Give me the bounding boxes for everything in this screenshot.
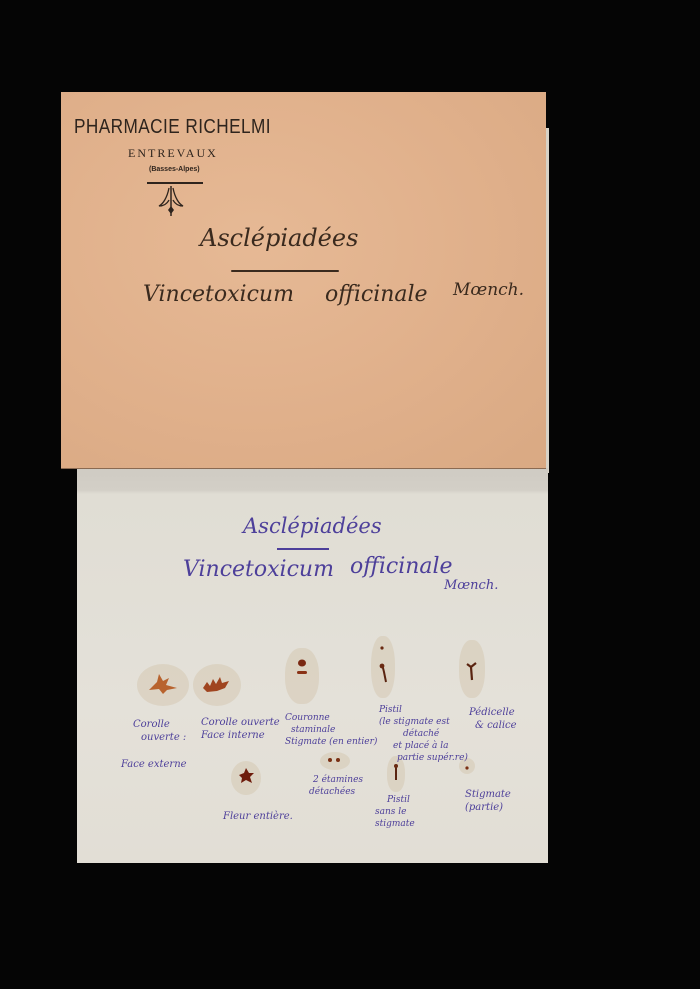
label-couronne: Couronne staminale Stigmate (en entier) [285, 712, 377, 748]
envelope-family-name: Asclépiadées [200, 224, 358, 252]
sheet-species-name: officinale [350, 554, 453, 579]
specimen-fleur-entiere [231, 761, 261, 795]
pharmacy-name: PHARMACIE RICHELMI [74, 116, 271, 139]
specimen-corolle-externe [137, 664, 189, 706]
label-line: stigmate [375, 818, 415, 830]
specimen-couronne [285, 648, 319, 704]
label-line: staminale [285, 724, 377, 736]
label-line: 2 étamines [309, 774, 363, 786]
specimen-corolle-interne [193, 664, 241, 706]
label-line: Face interne [201, 729, 280, 742]
label-line: Pistil [379, 704, 468, 716]
label-pedicelle: Pédicelle & calice [469, 706, 517, 732]
label-corolle-externe: Corolle ouverte : [133, 718, 186, 744]
herbarium-sheet: Asclépiadées Vincetoxicum officinale Mœn… [77, 468, 548, 863]
label-line: partie supér.re) [379, 752, 468, 764]
letterhead-rule [147, 182, 203, 184]
label-line: Pistil [375, 794, 415, 806]
label-line: détaché [379, 728, 468, 740]
label-line: (partie) [465, 801, 511, 814]
label-pistil: Pistil (le stigmate est détaché et placé… [379, 704, 468, 764]
specimen-etamines [320, 752, 350, 770]
label-etamines: 2 étamines détachées [309, 774, 363, 798]
label-line: (le stigmate est [379, 716, 468, 728]
label-pistil-sans-stigmate: Pistil sans le stigmate [375, 794, 415, 830]
pharmacy-town: ENTREVAUX [128, 146, 218, 161]
pedicel-icon [459, 640, 485, 698]
sheet-family-name: Asclépiadées [243, 514, 382, 538]
sheet-author-name: Mœnch. [444, 578, 498, 593]
label-face-externe: Face externe [121, 758, 187, 771]
sheet-family-underline [277, 548, 329, 550]
envelope-genus-name: Vincetoxicum [143, 282, 294, 307]
label-line: & calice [469, 719, 517, 732]
label-line: Pédicelle [469, 706, 517, 719]
envelope-author-name: Mœnch. [453, 280, 524, 300]
pharmacy-envelope: PHARMACIE RICHELMI ENTREVAUX (Basses-Alp… [61, 92, 546, 468]
stamens-icon [320, 752, 350, 770]
label-line: Corolle [133, 718, 186, 731]
label-fleur-entiere: Fleur entière. [223, 810, 293, 823]
label-line: et placé à la [379, 740, 468, 752]
label-stigmate: Stigmate (partie) [465, 788, 511, 814]
flower-star-icon [137, 664, 189, 706]
stamen-dots-icon [285, 648, 319, 704]
label-line: Couronne [285, 712, 377, 724]
flower-whole-icon [231, 761, 261, 795]
flower-crown-icon [193, 664, 241, 706]
ornament-icon [157, 186, 187, 218]
pharmacy-region: (Basses-Alpes) [149, 166, 200, 173]
label-line: détachées [309, 786, 363, 798]
pistil-icon [371, 636, 395, 698]
label-corolle-interne: Corolle ouverte Face interne [201, 716, 280, 742]
label-line: Corolle ouverte [201, 716, 280, 729]
specimen-pistil [371, 636, 395, 698]
envelope-species-name: officinale [325, 282, 428, 307]
envelope-family-underline [231, 270, 339, 272]
label-line: Stigmate [465, 788, 511, 801]
sheet-genus-name: Vincetoxicum [183, 557, 334, 582]
label-line: ouverte : [133, 731, 186, 744]
specimen-pedicelle [459, 640, 485, 698]
label-line: Stigmate (en entier) [285, 736, 377, 748]
label-line: sans le [375, 806, 415, 818]
